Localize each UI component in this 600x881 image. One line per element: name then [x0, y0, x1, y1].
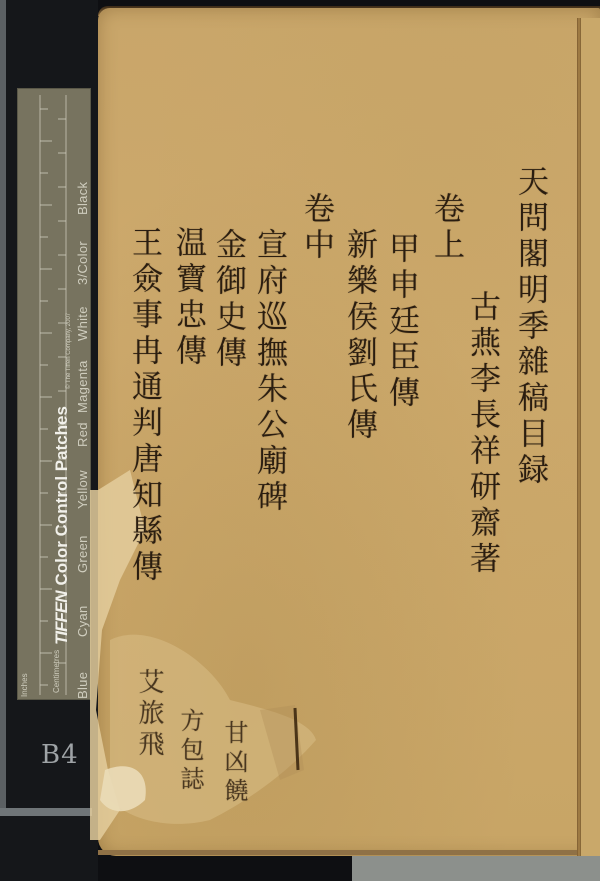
patch-label-blue: Blue [75, 637, 90, 699]
mount-edge [0, 0, 6, 815]
adjacent-page [581, 18, 600, 856]
author-column: 古燕李長祥研齋著 [466, 290, 497, 578]
section-heading-juan-shang: 卷上 [430, 192, 461, 264]
page-bottom-edge [98, 850, 600, 855]
toc-entry: 金御史傳 [212, 228, 243, 372]
patch-label-green: Green [75, 509, 90, 573]
product-name: Color Control Patches [52, 406, 71, 585]
color-control-strip: Inches Centimetres TIFFENColor Control P… [17, 88, 91, 700]
toc-entry: 宣府巡撫朱公廟碑 [253, 228, 284, 516]
sheet-label: B4 [41, 740, 79, 770]
damaged-text-fragment: 艾旅飛 [136, 668, 162, 761]
toc-entry: 新樂侯劉氏傳 [343, 228, 374, 444]
toc-entry: 温寶忠傳 [172, 226, 203, 370]
toc-entry: 王僉事冉通判唐知縣傳 [128, 226, 159, 586]
underlying-sheet [352, 856, 600, 881]
patch-label-3color: 3/Color [75, 215, 90, 285]
title-column: 天問閣明季雜稿目録 [514, 165, 545, 489]
copyright-notice: © The Tiffen Company, 2007 [66, 313, 72, 389]
patch-label-black: Black [75, 182, 90, 215]
patch-labels: BlueCyanGreenYellowRedMagentaWhite3/Colo… [75, 182, 90, 699]
patch-label-white: White [75, 285, 90, 341]
patch-label-red: Red [75, 413, 90, 447]
inches-label: Inches [20, 673, 29, 697]
patch-label-magenta: Magenta [75, 341, 90, 413]
mount-bottom-edge [0, 808, 92, 816]
toc-entry: 甲申廷臣傳 [385, 232, 416, 412]
tiffen-logo: TIFFEN [52, 592, 71, 646]
patch-label-yellow: Yellow [75, 447, 90, 509]
patch-label-cyan: Cyan [75, 573, 90, 637]
damaged-text-fragment: 方包誌 [178, 708, 202, 795]
damaged-text-fragment: 甘凶饒 [222, 720, 246, 807]
tiffen-brand: TIFFENColor Control Patches [52, 406, 72, 645]
centimetres-label: Centimetres [52, 650, 61, 693]
section-heading-juan-zhong: 卷中 [300, 192, 331, 264]
